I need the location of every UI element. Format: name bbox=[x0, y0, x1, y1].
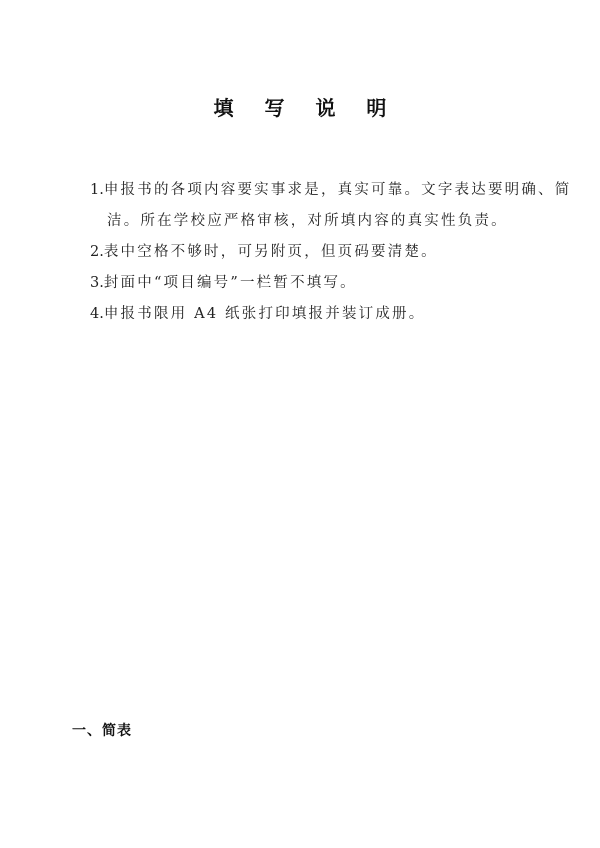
instruction-text: 封面中“项目编号”一栏暂不填写。 bbox=[104, 275, 357, 291]
instruction-line: 2.表中空格不够时，可另附页，但页码要清楚。 bbox=[90, 237, 540, 268]
instruction-line: 4.申报书限用 A4 纸张打印填报并装订成册。 bbox=[90, 299, 540, 330]
instructions-list: 1.申报书的各项内容要实事求是，真实可靠。文字表达要明确、简 洁。所在学校应严格… bbox=[90, 175, 540, 330]
instruction-item-2: 2.表中空格不够时，可另附页，但页码要清楚。 bbox=[90, 237, 540, 268]
instruction-number: 1. bbox=[90, 182, 104, 198]
instruction-number: 2. bbox=[90, 244, 104, 260]
instruction-number: 4. bbox=[90, 306, 104, 322]
instruction-item-1: 1.申报书的各项内容要实事求是，真实可靠。文字表达要明确、简 洁。所在学校应严格… bbox=[90, 175, 540, 237]
section-heading-summary: 一、简表 bbox=[72, 720, 132, 740]
instruction-continuation: 洁。所在学校应严格审核，对所填内容的真实性负责。 bbox=[90, 206, 540, 237]
instruction-line: 3.封面中“项目编号”一栏暂不填写。 bbox=[90, 268, 540, 299]
instruction-item-3: 3.封面中“项目编号”一栏暂不填写。 bbox=[90, 268, 540, 299]
instruction-text: 表中空格不够时，可另附页，但页码要清楚。 bbox=[104, 244, 438, 260]
instruction-text: 申报书的各项内容要实事求是，真实可靠。文字表达要明确、简 bbox=[104, 182, 572, 198]
page-title: 填 写 说 明 bbox=[0, 92, 600, 121]
instruction-number: 3. bbox=[90, 275, 104, 291]
instruction-text: 申报书限用 A4 纸张打印填报并装订成册。 bbox=[104, 306, 426, 322]
instruction-item-4: 4.申报书限用 A4 纸张打印填报并装订成册。 bbox=[90, 299, 540, 330]
instruction-line: 1.申报书的各项内容要实事求是，真实可靠。文字表达要明确、简 bbox=[90, 175, 540, 206]
